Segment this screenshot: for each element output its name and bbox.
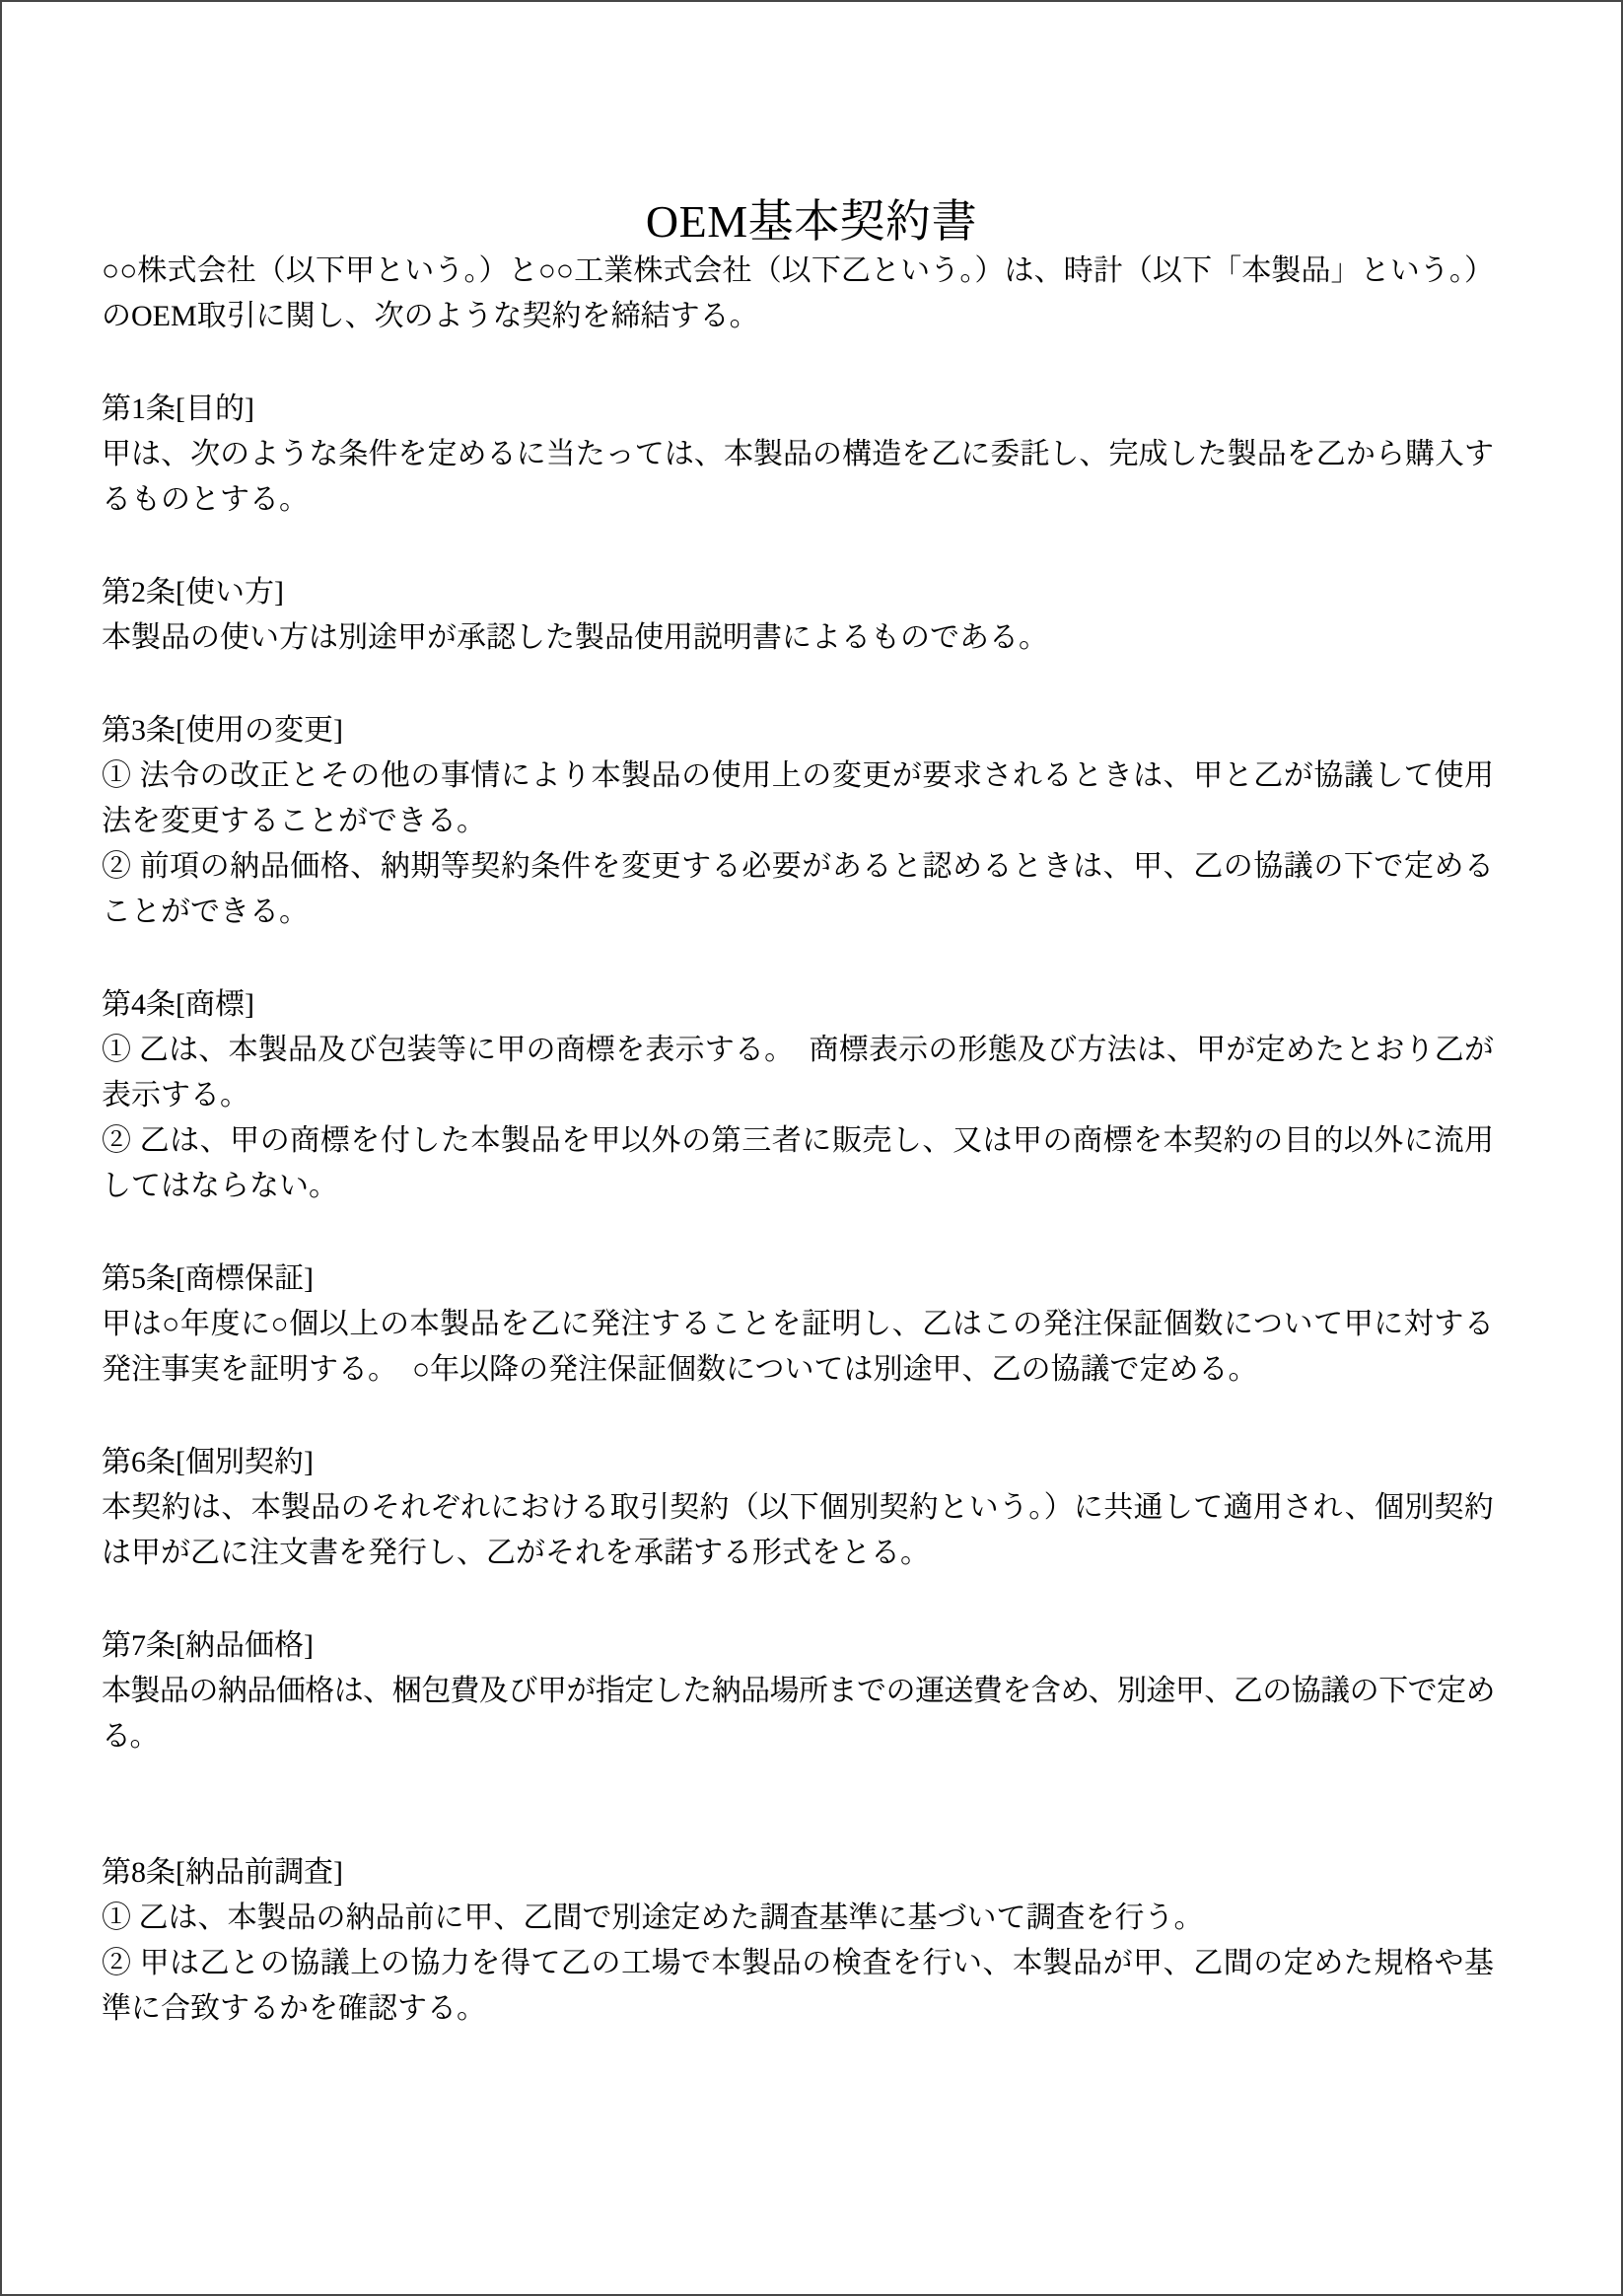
article-4-paragraph-2: ② 乙は、甲の商標を付した本製品を甲以外の第三者に販売し、又は甲の商標を本契約の…	[102, 1118, 1494, 1209]
preamble-paragraph: ○○株式会社（以下甲という。）と○○工業株式会社（以下乙という。）は、時計（以下…	[102, 249, 1494, 339]
article-3-heading: 第3条[使用の変更]	[102, 708, 1494, 753]
article-7-heading: 第7条[納品価格]	[102, 1623, 1494, 1669]
article-8-paragraph-1: ① 乙は、本製品の納品前に甲、乙間で別途定めた調査基準に基づいて調査を行う。	[102, 1896, 1494, 1941]
article-1-paragraph: 甲は、次のような条件を定めるに当たっては、本製品の構造を乙に委託し、完成した製品…	[102, 432, 1494, 523]
article-6-heading: 第6条[個別契約]	[102, 1440, 1494, 1485]
article-5: 第5条[商標保証] 甲は○年度に○個以上の本製品を乙に発注することを証明し、乙は…	[102, 1256, 1494, 1393]
article-3-paragraph-1: ① 法令の改正とその他の事情により本製品の使用上の変更が要求されるときは、甲と乙…	[102, 753, 1494, 844]
contract-document-page: OEM基本契約書 ○○株式会社（以下甲という。）と○○工業株式会社（以下乙という…	[0, 0, 1623, 2296]
article-1-heading: 第1条[目的]	[102, 387, 1494, 432]
article-3-paragraph-2: ② 前項の納品価格、納期等契約条件を変更する必要があると認めるときは、甲、乙の協…	[102, 844, 1494, 935]
article-5-paragraph: 甲は○年度に○個以上の本製品を乙に発注することを証明し、乙はこの発注保証個数につ…	[102, 1302, 1494, 1393]
document-body: ○○株式会社（以下甲という。）と○○工業株式会社（以下乙という。）は、時計（以下…	[102, 249, 1494, 2032]
article-4-paragraph-1: ① 乙は、本製品及び包装等に甲の商標を表示する。 商標表示の形態及び方法は、甲が…	[102, 1028, 1494, 1118]
article-7-paragraph: 本製品の納品価格は、梱包費及び甲が指定した納品場所までの運送費を含め、別途甲、乙…	[102, 1669, 1494, 1759]
article-2-heading: 第2条[使い方]	[102, 570, 1494, 615]
article-8-heading: 第8条[納品前調査]	[102, 1850, 1494, 1896]
article-8-paragraph-2: ② 甲は乙との協議上の協力を得て乙の工場で本製品の検査を行い、本製品が甲、乙間の…	[102, 1941, 1494, 2032]
page-title: OEM基本契約書	[2, 195, 1621, 249]
article-4-heading: 第4条[商標]	[102, 982, 1494, 1028]
article-1: 第1条[目的] 甲は、次のような条件を定めるに当たっては、本製品の構造を乙に委託…	[102, 387, 1494, 523]
article-4: 第4条[商標] ① 乙は、本製品及び包装等に甲の商標を表示する。 商標表示の形態…	[102, 982, 1494, 1209]
article-5-heading: 第5条[商標保証]	[102, 1256, 1494, 1302]
article-8: 第8条[納品前調査] ① 乙は、本製品の納品前に甲、乙間で別途定めた調査基準に基…	[102, 1850, 1494, 2032]
article-2-paragraph: 本製品の使い方は別途甲が承認した製品使用説明書によるものである。	[102, 615, 1494, 661]
article-2: 第2条[使い方] 本製品の使い方は別途甲が承認した製品使用説明書によるものである…	[102, 570, 1494, 661]
article-7: 第7条[納品価格] 本製品の納品価格は、梱包費及び甲が指定した納品場所までの運送…	[102, 1623, 1494, 1759]
article-6: 第6条[個別契約] 本契約は、本製品のそれぞれにおける取引契約（以下個別契約とい…	[102, 1440, 1494, 1576]
article-3: 第3条[使用の変更] ① 法令の改正とその他の事情により本製品の使用上の変更が要…	[102, 708, 1494, 935]
article-6-paragraph: 本契約は、本製品のそれぞれにおける取引契約（以下個別契約という。）に共通して適用…	[102, 1485, 1494, 1576]
